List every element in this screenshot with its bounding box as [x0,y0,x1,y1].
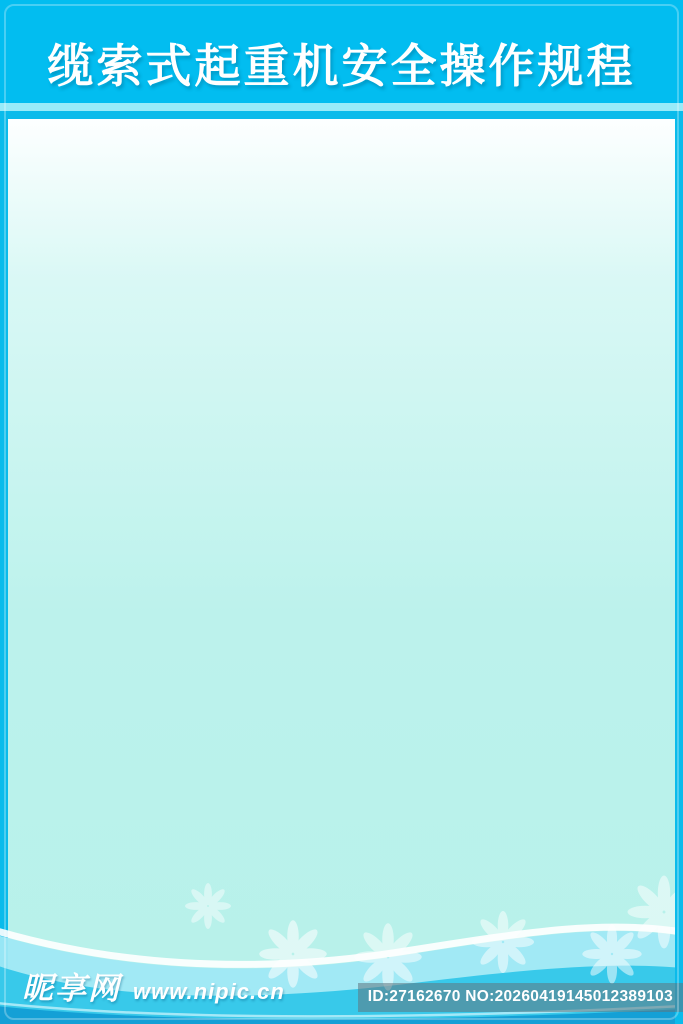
watermark-id-badge: ID:27162670 NO:20260419145012389103 [358,983,683,1012]
site-watermark: 昵享网 www.nipic.cn [22,963,285,1008]
site-url-text: www.nipic.cn [133,979,285,1005]
poster-title: 缆索式起重机安全操作规程 [48,8,636,96]
header-divider-stripe [0,103,683,111]
poster-header: 缆索式起重机安全操作规程 [0,0,683,103]
procedure-text [8,119,675,128]
safety-procedure-poster: 缆索式起重机安全操作规程 [0,0,683,1024]
site-logo-text: 昵享网 [22,963,121,1008]
content-panel [8,119,675,1024]
